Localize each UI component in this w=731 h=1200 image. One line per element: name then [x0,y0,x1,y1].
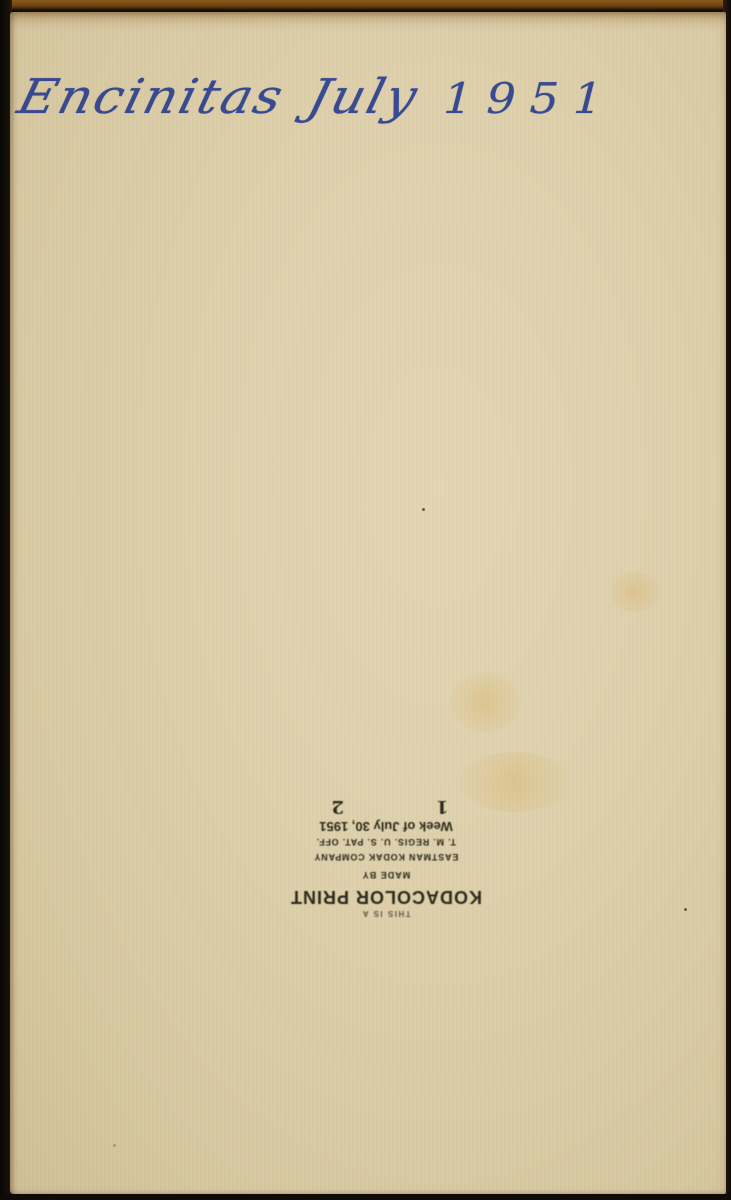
inscription-place: Encinitas [12,70,290,125]
stamp-numbers: 1 2 [258,796,514,817]
stamp-week: Week of July 30, 1951 [258,819,514,834]
stamp-line1: THIS IS A [258,909,514,918]
kodak-backstamp: THIS IS A KODACOLOR PRINT MADE BY EASTMA… [258,796,514,918]
mount-bottom-edge [0,1194,731,1200]
age-stain [450,672,520,732]
speck [113,1144,116,1147]
stamp-number-left: 1 [436,796,449,817]
stamp-number-right: 2 [331,796,344,817]
age-stain [610,572,660,612]
print-back: EncinitasJuly1951 THIS IS A KODACOLOR PR… [10,12,726,1194]
stamp-trademark: T. M. REGIS. U. S. PAT. OFF. [258,837,514,847]
handwritten-inscription: EncinitasJuly1951 [12,70,623,125]
inscription-month: July [302,70,424,125]
speck [422,508,425,511]
photo-scene: EncinitasJuly1951 THIS IS A KODACOLOR PR… [0,0,731,1200]
stamp-company: EASTMAN KODAK COMPANY [258,852,514,862]
stamp-brand: KODACOLOR PRINT [258,886,514,907]
inscription-year: 1951 [437,74,622,124]
mount-top-edge [0,0,731,10]
speck [684,908,687,911]
stamp-made-by: MADE BY [258,870,514,880]
